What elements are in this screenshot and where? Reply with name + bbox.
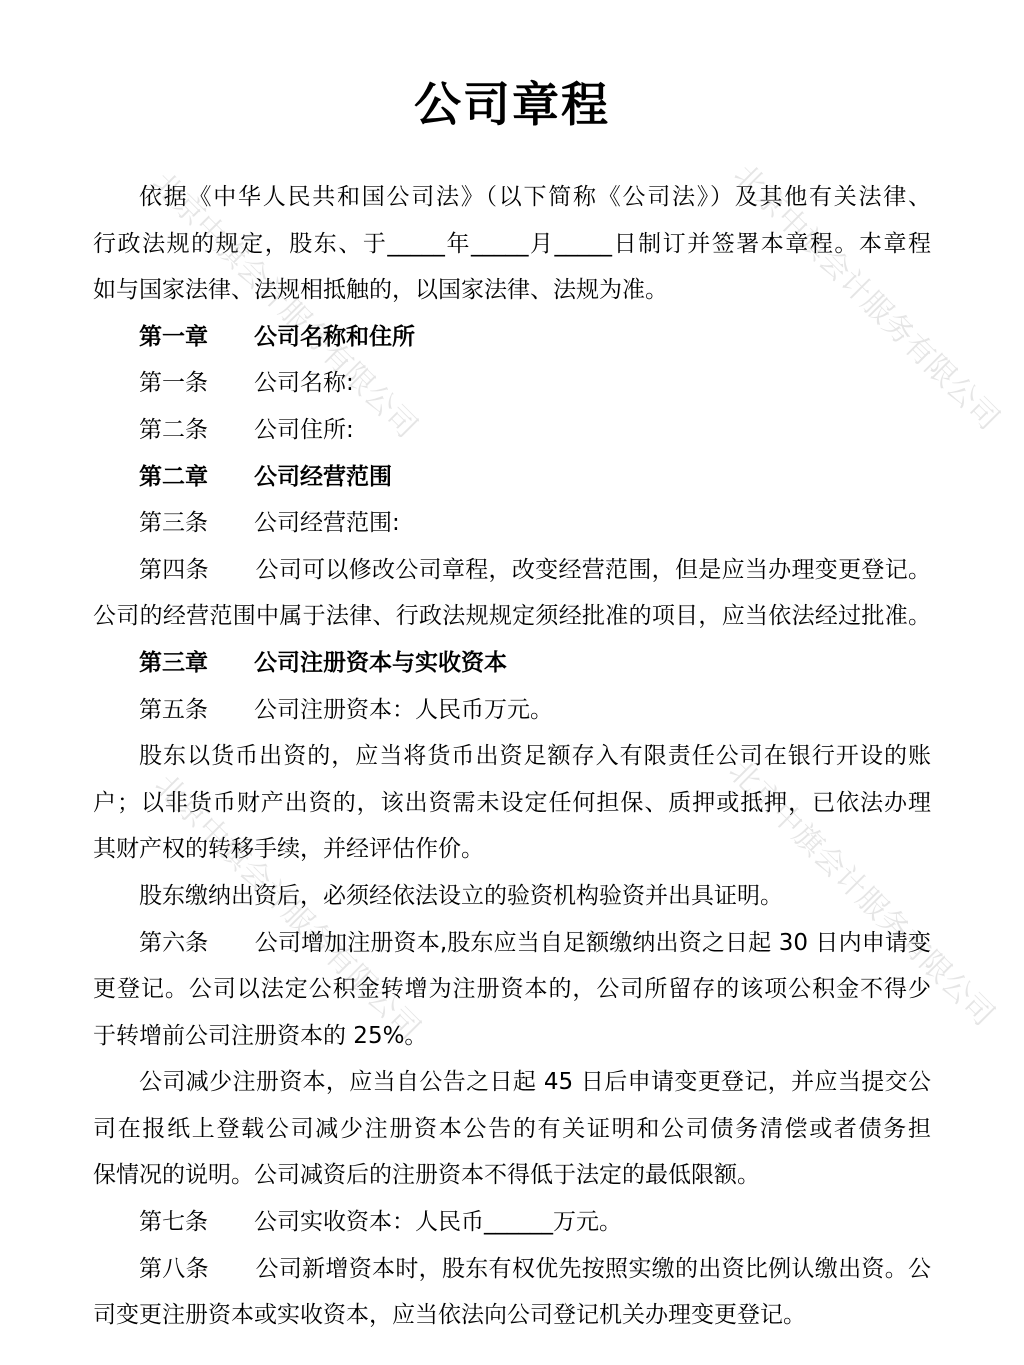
paragraph-line: 司变更注册资本或实收资本，应当依法向公司登记机关办理变更登记。: [93, 1292, 931, 1339]
paragraph-line: 保情况的说明。公司减资后的注册资本不得低于法定的最低限额。: [93, 1152, 931, 1199]
article-line: 第四条 公司可以修改公司章程，改变经营范围，但是应当办理变更登记。: [93, 547, 931, 594]
paragraph-line: 如与国家法律、法规相抵触的，以国家法律、法规为准。: [93, 267, 931, 314]
document-page: 北京中旗会计服务有限公司 北京中旗会计服务有限公司 北京中旗会计服务有限公司 北…: [0, 0, 1024, 1365]
paragraph-line: 司在报纸上登载公司减少注册资本公告的有关证明和公司债务清偿或者债务担: [93, 1106, 931, 1153]
paragraph-line: 其财产权的转移手续，并经评估作价。: [93, 826, 931, 873]
article-line: 第三条 公司经营范围:: [93, 500, 931, 547]
paragraph-line: 更登记。公司以法定公积金转增为注册资本的，公司所留存的该项公积金不得少: [93, 966, 931, 1013]
chapter-heading: 第二章 公司经营范围: [93, 454, 931, 501]
document-body: 依据《中华人民共和国公司法》（以下简称《公司法》）及其他有关法律、 行政法规的规…: [93, 174, 931, 1339]
article-line: 第七条 公司实收资本：人民币______万元。: [93, 1199, 931, 1246]
article-line: 第八条 公司新增资本时，股东有权优先按照实缴的出资比例认缴出资。公: [93, 1246, 931, 1293]
article-line: 第五条 公司注册资本：人民币万元。: [93, 687, 931, 734]
paragraph-line: 公司减少注册资本，应当自公告之日起 45 日后申请变更登记，并应当提交公: [93, 1059, 931, 1106]
chapter-heading: 第一章 公司名称和住所: [93, 314, 931, 361]
paragraph-line: 股东以货币出资的，应当将货币出资足额存入有限责任公司在银行开设的账: [93, 733, 931, 780]
article-line: 第一条 公司名称:: [93, 360, 931, 407]
paragraph-line: 行政法规的规定，股东、于_____年_____月_____日制订并签署本章程。本…: [93, 221, 931, 268]
article-line: 第六条 公司增加注册资本,股东应当自足额缴纳出资之日起 30 日内申请变: [93, 920, 931, 967]
chapter-heading: 第三章 公司注册资本与实收资本: [93, 640, 931, 687]
paragraph-line: 于转增前公司注册资本的 25%。: [93, 1013, 931, 1060]
document-title: 公司章程: [0, 78, 1024, 134]
paragraph-line: 公司的经营范围中属于法律、行政法规规定须经批准的项目，应当依法经过批准。: [93, 593, 931, 640]
paragraph-line: 股东缴纳出资后，必须经依法设立的验资机构验资并出具证明。: [93, 873, 931, 920]
article-line: 第二条 公司住所:: [93, 407, 931, 454]
paragraph-line: 户；以非货币财产出资的，该出资需未设定任何担保、质押或抵押，已依法办理: [93, 780, 931, 827]
paragraph-line: 依据《中华人民共和国公司法》（以下简称《公司法》）及其他有关法律、: [93, 174, 931, 221]
